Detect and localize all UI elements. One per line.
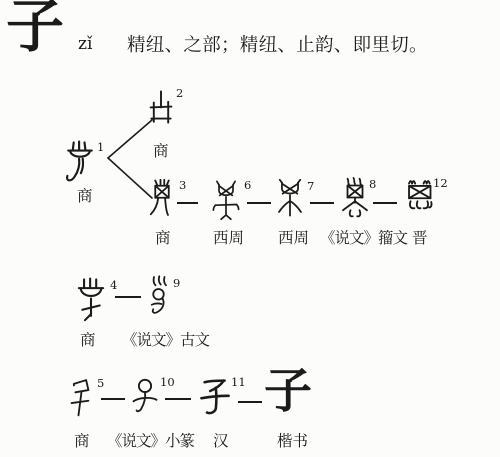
era-label: 商: [74, 429, 90, 451]
evolution-dash: [310, 202, 334, 204]
era-label: 汉: [213, 429, 229, 451]
ancient-glyph-8-icon: [340, 176, 370, 222]
evolution-dash: [165, 398, 191, 400]
glyph-number: 12: [433, 176, 448, 190]
headword-character: 子: [6, 0, 64, 56]
glyph-number: 10: [160, 375, 175, 389]
era-label: 商: [80, 328, 96, 350]
dictionary-page: 子 zǐ 精纽、之部；精纽、止韵、即里切。 1 商 2 商: [0, 0, 500, 457]
ancient-glyph-3-icon: [147, 177, 177, 223]
era-label: 楷书: [277, 429, 308, 451]
era-label: 商: [77, 184, 93, 206]
glyph-number: 3: [179, 178, 186, 192]
evolution-dash: [238, 401, 262, 403]
glyph-number: 5: [97, 376, 104, 390]
glyph-number: 7: [307, 179, 314, 193]
glyph-number: 4: [110, 278, 117, 292]
glyph-number: 1: [97, 140, 104, 154]
glyph-number: 11: [231, 375, 246, 389]
ancient-glyph-2-icon: [145, 88, 177, 138]
pinyin-reading: zǐ: [78, 34, 92, 54]
glyph-number: 2: [176, 86, 183, 100]
era-label: 商: [155, 226, 171, 248]
era-label: 晋: [412, 226, 428, 248]
evolution-dash: [177, 202, 198, 204]
glyph-number: 9: [173, 276, 180, 290]
era-label: 西周: [213, 226, 244, 248]
kaishu-character: 子: [264, 368, 312, 416]
phonology-line: 精纽、之部；精纽、止韵、即里切。: [127, 31, 428, 57]
ancient-glyph-6-icon: [210, 180, 242, 222]
ancient-glyph-4-icon: [72, 276, 110, 328]
ancient-glyph-9-icon: [145, 272, 175, 324]
glyph-number: 8: [369, 177, 376, 191]
era-label: 《说文》古文: [122, 328, 209, 350]
ancient-glyph-12-icon: [402, 176, 436, 222]
evolution-dash: [247, 202, 271, 204]
evolution-dash: [101, 398, 125, 400]
era-label: 《说文》小篆: [107, 429, 194, 451]
era-label: 商: [153, 139, 169, 161]
era-label: 西周: [278, 226, 309, 248]
glyph-number: 6: [244, 178, 251, 192]
evolution-dash: [373, 202, 397, 204]
evolution-dash: [115, 296, 141, 298]
ancient-glyph-7-icon: [274, 179, 306, 223]
ancient-glyph-11-icon: [195, 375, 235, 423]
era-label: 《说文》籀文: [320, 226, 407, 248]
ancient-glyph-10-icon: [129, 376, 161, 422]
ancient-glyph-5-icon: [64, 377, 96, 423]
